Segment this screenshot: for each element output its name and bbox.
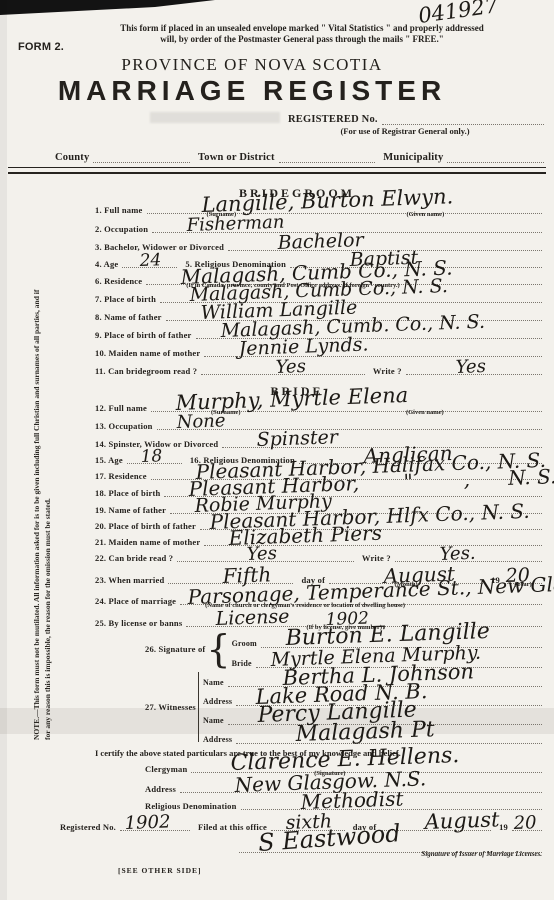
witness1-name-label: Name: [203, 679, 224, 687]
bride-age-value: 18: [140, 448, 162, 466]
place-of-marriage-sublabel: (Name of church or clergyman's residence…: [205, 603, 405, 610]
scan-artifact-top-wedge: [0, 0, 215, 16]
row-groom-residence: 6. Residence Malagash, Cumb Co., N. S. (…: [95, 272, 544, 285]
issuer-signature-sublabel: Signature of Issuer of Marriage Licenses…: [421, 851, 542, 858]
signature-brace: {: [206, 632, 230, 666]
row-groom-mother: 10. Maiden name of mother Jennie Lynds.: [95, 344, 544, 357]
row-witnesses: 27. Witnesses Name Bertha L. Johnson Add…: [145, 670, 544, 744]
row-bride-full-name: 12. Full name Murphy, Myrtle Elena (Surn…: [95, 399, 544, 412]
scan-artifact-left-edge: [0, 0, 7, 900]
groom-signature-row: Groom Burton E. Langille: [232, 630, 544, 648]
when-married-label: 23. When married: [95, 576, 164, 585]
mail-note-line1: This form if placed in an unsealed envel…: [90, 23, 514, 34]
registered-no-row: REGISTERED No.: [288, 112, 546, 125]
witness1-name-row: Name Bertha L. Johnson: [203, 670, 544, 687]
groom-religion-label: 5. Religious Denomination: [185, 260, 286, 269]
row-bride-read-write: 22. Can bride read ? Yes Write ? Yes.: [95, 549, 544, 562]
row-when-married: 23. When married Fifth day of August (Mo…: [95, 571, 544, 584]
bride-age-label: 15. Age: [95, 456, 123, 465]
denomination-label: Religious Denomination: [145, 802, 237, 811]
row-groom-father: 8. Name of father William Langille: [95, 308, 544, 321]
groom-father-birthplace-line: Malagash, Cumb. Co., N. S.: [196, 325, 542, 339]
witness2-address-label: Address: [203, 736, 232, 744]
row-clergyman-address: Address New Glasgow. N.S.: [145, 780, 544, 793]
registrar-only-note: (For use of Registrar General only.): [300, 126, 510, 136]
witnesses-label: 27. Witnesses: [145, 703, 196, 712]
filed-day-value: sixth: [285, 812, 332, 833]
when-married-day-line: Fifth: [168, 570, 293, 584]
row-groom-full-name: 1. Full name Langille, Burton Elwyn. (Su…: [95, 201, 544, 214]
bride-signature-label: Bride: [232, 660, 252, 668]
bride-mother-line: Elizabeth Piers: [204, 532, 542, 546]
groom-occupation-label: 2. Occupation: [95, 225, 148, 234]
clergyman-signature-sublabel: (Signature): [314, 771, 345, 778]
groom-religion-line: Baptist: [290, 254, 542, 268]
witness2-address-row: Address Malagash Pt: [203, 727, 544, 744]
groom-full-name-line: Langille, Burton Elwyn. (Surname) (Given…: [147, 200, 543, 214]
groom-age-label: 4. Age: [95, 260, 118, 269]
registered-line: 1902: [120, 817, 190, 831]
bride-full-name-label: 12. Full name: [95, 404, 147, 413]
groom-father-birthplace-label: 9. Place of birth of father: [95, 331, 192, 340]
row-issuer-signature: S Eastwood Signature of Issuer of Marria…: [235, 840, 544, 853]
row-bride-age-religion: 15. Age 18 16. Religious Denomination An…: [95, 451, 544, 464]
certify-statement: I certify the above stated particulars a…: [95, 748, 401, 758]
groom-age-line: 24: [122, 254, 177, 268]
province-heading: PROVINCE OF NOVA SCOTIA: [40, 55, 464, 75]
groom-read-label: 11. Can bridegroom read ?: [95, 367, 197, 376]
bride-read-label: 22. Can bride read ?: [95, 554, 173, 563]
faint-stamp-artifact: [150, 112, 280, 123]
witness1-address-line: Lake Road N. B.: [236, 688, 542, 706]
mail-note-line2: will, by order of the Postmaster General…: [90, 34, 514, 45]
groom-occupation-line: Fisherman: [152, 219, 542, 233]
groom-mother-value: Jennie Lynds.: [239, 335, 369, 359]
clergyman-line: Clarence E. Hellens. (Signature): [191, 759, 542, 773]
bride-age-line: 18: [127, 450, 182, 464]
groom-write-value: Yes: [455, 358, 486, 377]
see-other-side-note: [SEE OTHER SIDE]: [118, 866, 202, 875]
signature-of-column: Groom Burton E. Langille Bride Myrtle El…: [232, 630, 544, 668]
denomination-line: Methodist: [241, 796, 542, 810]
row-groom-occupation: 2. Occupation Fisherman: [95, 220, 544, 233]
bride-father-line: Robie Murphy: [170, 500, 542, 514]
bride-status-label: 14. Spinster, Widow or Divorced: [95, 440, 218, 449]
filed-year-line: 20: [512, 817, 542, 831]
municipality-line: [447, 149, 544, 163]
groom-write-line: Yes: [406, 361, 542, 375]
bride-status-line: Spinster: [222, 434, 542, 448]
groom-birthplace-line: Malagash, Cumb Co., N. S.: [160, 289, 542, 303]
bride-status-value: Spinster: [257, 428, 339, 450]
place-of-marriage-label: 24. Place of marriage: [95, 597, 176, 606]
when-married-year-line: 20 (Year): [504, 570, 542, 584]
groom-residence-line: Malagash, Cumb Co., N. S. (If in Canada,…: [146, 271, 542, 285]
registered-label: Registered No.: [60, 823, 116, 832]
bride-residence-label: 17. Residence: [95, 472, 147, 481]
bride-signature-row: Bride Myrtle Elena Murphy.: [232, 650, 544, 668]
bride-mother-label: 21. Maiden name of mother: [95, 538, 200, 547]
row-groom-age-religion: 4. Age 24 5. Religious Denomination Bapt…: [95, 255, 544, 268]
groom-write-label: Write ?: [373, 367, 402, 376]
filed-day-line: sixth: [271, 817, 345, 831]
signature-of-label: 26. Signature of: [145, 645, 205, 654]
witness2-address-line: Malagash Pt: [236, 726, 542, 744]
registered-value: 1902: [124, 813, 170, 833]
day-of-label: day of: [301, 576, 325, 585]
filed-year-printed-19: 19: [499, 823, 508, 832]
row-bride-occupation: 13. Occupation None: [95, 417, 544, 430]
surname-sublabel: (Surname): [207, 212, 237, 219]
bride-father-birthplace-line: Pleasant Harbor, Hlfx Co., N. S.: [200, 516, 542, 530]
filed-month-line: August: [380, 817, 491, 831]
bride-religion-line: Anglican: [299, 450, 542, 464]
groom-mother-line: Jennie Lynds.: [204, 343, 542, 357]
clergyman-label: Clergyman: [145, 765, 187, 774]
form-number-label: FORM 2.: [18, 42, 64, 53]
town-district-line: [279, 149, 376, 163]
bride-occupation-line: None: [157, 416, 542, 430]
license-line: License 1902 (If by license, give number…: [186, 613, 542, 627]
month-sublabel: (Month): [395, 582, 418, 589]
bride-birthplace-line: Pleasant Harbor, " , N. S.,: [164, 483, 542, 497]
place-of-marriage-line: Parsonage, Temperance St., New Glasgow (…: [180, 591, 542, 605]
bride-father-birthplace-label: 20. Place of birth of father: [95, 522, 196, 531]
witness2-name-label: Name: [203, 717, 224, 725]
bride-read-value: Yes: [247, 545, 278, 564]
groom-read-value: Yes: [276, 358, 307, 377]
license-label: 25. By license or banns: [95, 619, 182, 628]
bridegroom-section-title: BRIDEGROOM: [60, 186, 534, 201]
when-married-day-value: Fifth: [223, 564, 272, 586]
town-district-label: Town or District: [198, 153, 275, 164]
when-married-month-line: August (Month): [329, 570, 483, 584]
groom-signature-label: Groom: [232, 640, 257, 648]
groom-status-label: 3. Bachelor, Widower or Divorced: [95, 243, 224, 252]
section-divider-rule: [8, 167, 546, 174]
groom-read-line: Yes: [201, 361, 365, 375]
witnesses-bracket: [198, 672, 199, 742]
bride-birthplace-label: 18. Place of birth: [95, 489, 160, 498]
groom-signature-line: Burton E. Langille: [261, 629, 542, 648]
groom-full-name-label: 1. Full name: [95, 206, 143, 215]
page-title: MARRIAGE REGISTER: [30, 75, 474, 107]
row-groom-birthplace: 7. Place of birth Malagash, Cumb Co., N.…: [95, 290, 544, 303]
row-bride-status: 14. Spinster, Widow or Divorced Spinster: [95, 435, 544, 448]
witnesses-column: Name Bertha L. Johnson Address Lake Road…: [203, 670, 544, 744]
filed-month-value: August: [425, 809, 501, 833]
marriage-register-scan: 041927 This form if placed in an unseale…: [0, 0, 554, 900]
bride-section-title: BRIDE: [60, 384, 534, 399]
bride-write-line: Yes.: [395, 548, 542, 562]
year-printed-19: 19: [491, 576, 500, 585]
bride-father-label: 19. Name of father: [95, 506, 166, 515]
groom-religion-value: Baptist: [349, 249, 418, 270]
groom-residence-label: 6. Residence: [95, 277, 142, 286]
row-bride-father: 19. Name of father Robie Murphy: [95, 501, 544, 514]
filed-day-of-label: day of: [353, 823, 377, 832]
county-label: County: [55, 153, 89, 164]
row-groom-father-birthplace: 9. Place of birth of father Malagash, Cu…: [95, 326, 544, 339]
row-license-or-banns: 25. By license or banns License 1902 (If…: [95, 614, 544, 627]
clergyman-address-label: Address: [145, 785, 176, 794]
county-district-row: County Town or District Municipality: [55, 150, 546, 163]
bride-full-name-line: Murphy, Myrtle Elena (Surname) (Given na…: [151, 398, 542, 412]
groom-father-label: 8. Name of father: [95, 313, 162, 322]
groom-mother-label: 10. Maiden name of mother: [95, 349, 200, 358]
clergyman-address-line: New Glasgow. N.S.: [180, 779, 542, 793]
bride-religion-label: 16. Religious Denomination: [190, 456, 295, 465]
row-place-of-marriage: 24. Place of marriage Parsonage, Tempera…: [95, 592, 544, 605]
registered-no-label: REGISTERED No.: [288, 115, 378, 126]
municipality-label: Municipality: [383, 153, 443, 164]
filed-year-value: 20: [513, 814, 537, 833]
row-religious-denomination: Religious Denomination Methodist: [145, 797, 544, 810]
given-name-sublabel: (Given name): [407, 212, 445, 219]
witness1-address-row: Address Lake Road N. B.: [203, 689, 544, 706]
groom-age-value: 24: [140, 252, 162, 270]
witness1-name-line: Bertha L. Johnson: [228, 669, 542, 687]
bride-write-label: Write ?: [362, 554, 391, 563]
license-value: License: [216, 607, 290, 629]
row-groom-status: 3. Bachelor, Widower or Divorced Bachelo…: [95, 238, 544, 251]
issuer-signature-line: S Eastwood Signature of Issuer of Marria…: [239, 839, 542, 853]
registered-no-line: [382, 111, 544, 125]
groom-birthplace-label: 7. Place of birth: [95, 295, 156, 304]
bride-residence-line: Pleasant Harbor, Halifax Co., N. S.: [151, 466, 542, 480]
bride-signature-line: Myrtle Elena Murphy.: [256, 649, 542, 668]
year-sublabel: (Year): [514, 582, 531, 589]
row-bride-birthplace: 18. Place of birth Pleasant Harbor, " , …: [95, 484, 544, 497]
row-filing: Registered No. 1902 Filed at this office…: [60, 818, 544, 831]
groom-status-value: Bachelor: [277, 231, 364, 253]
witness1-address-label: Address: [203, 698, 232, 706]
county-line: [93, 149, 190, 163]
row-bride-residence: 17. Residence Pleasant Harbor, Halifax C…: [95, 467, 544, 480]
row-bride-mother: 21. Maiden name of mother Elizabeth Pier…: [95, 533, 544, 546]
bride-read-line: Yes: [177, 548, 354, 562]
row-signature-of: 26. Signature of { Groom Burton E. Langi…: [145, 630, 544, 668]
bride-occupation-value: None: [176, 412, 225, 432]
bride-write-value: Yes.: [439, 545, 476, 564]
row-bride-father-birthplace: 20. Place of birth of father Pleasant Ha…: [95, 517, 544, 530]
row-groom-read-write: 11. Can bridegroom read ? Yes Write ? Ye…: [95, 362, 544, 375]
groom-status-line: Bachelor: [228, 237, 542, 251]
bride-occupation-label: 13. Occupation: [95, 422, 153, 431]
witness2-name-row: Name Percy Langille: [203, 708, 544, 725]
row-clergyman: Clergyman Clarence E. Hellens. (Signatur…: [145, 760, 544, 773]
filed-label: Filed at this office: [198, 823, 267, 832]
witness2-name-line: Percy Langille: [228, 707, 542, 725]
groom-father-line: William Langille: [166, 307, 542, 321]
margin-note: NOTE.—This form must not be mutilated. A…: [32, 288, 54, 740]
